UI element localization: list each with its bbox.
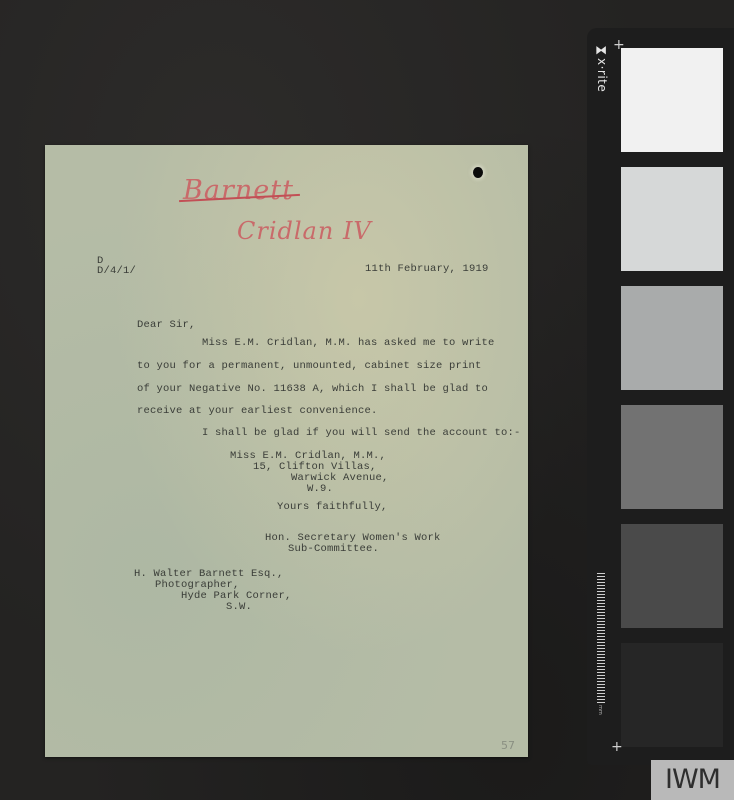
handwritten-name: Cridlan IV bbox=[237, 217, 372, 245]
crosshair-bottom-icon: + bbox=[611, 740, 623, 754]
color-checker-card: ⧓ x·rite + mm + bbox=[587, 28, 734, 765]
swatch-light-gray bbox=[621, 167, 723, 271]
signature-line-2: Sub-Committee. bbox=[288, 543, 379, 555]
swatch-white bbox=[621, 48, 723, 152]
salutation: Dear Sir, bbox=[137, 319, 196, 331]
recipient-line-4: S.W. bbox=[226, 601, 252, 613]
body-line-3: of your Negative No. 11638 A, which I sh… bbox=[137, 383, 488, 395]
mm-ruler bbox=[597, 573, 605, 703]
letter-page: Barnett Cridlan IV D D/4/1/ 11th Februar… bbox=[45, 145, 528, 757]
swatch-dark-gray bbox=[621, 524, 723, 628]
ruler-unit-label: mm bbox=[597, 705, 603, 715]
x-rite-logo-icon: ⧓ bbox=[595, 44, 607, 56]
struck-handwritten-name: Barnett bbox=[183, 175, 294, 206]
body-line-5: I shall be glad if you will send the acc… bbox=[176, 427, 521, 439]
swatch-black bbox=[621, 643, 723, 747]
account-address-line-4: W.9. bbox=[307, 483, 333, 495]
swatch-mid-light-gray bbox=[621, 286, 723, 390]
brand-mark: ⧓ x·rite bbox=[593, 44, 613, 104]
body-line-1: Miss E.M. Cridlan, M.M. has asked me to … bbox=[176, 337, 495, 349]
brand-name: x·rite bbox=[595, 58, 609, 92]
closing: Yours faithfully, bbox=[277, 501, 388, 513]
account-address-line-3: Warwick Avenue, bbox=[291, 472, 389, 484]
reference-line-2: D/4/1/ bbox=[97, 265, 136, 277]
punch-hole bbox=[473, 167, 483, 178]
swatch-mid-gray bbox=[621, 405, 723, 509]
page-number: 57 bbox=[501, 739, 515, 752]
letter-date: 11th February, 1919 bbox=[365, 263, 489, 275]
iwm-watermark: IWM bbox=[651, 760, 734, 800]
body-line-4: receive at your earliest convenience. bbox=[137, 405, 378, 417]
body-line-2: to you for a permanent, unmounted, cabin… bbox=[137, 360, 482, 372]
